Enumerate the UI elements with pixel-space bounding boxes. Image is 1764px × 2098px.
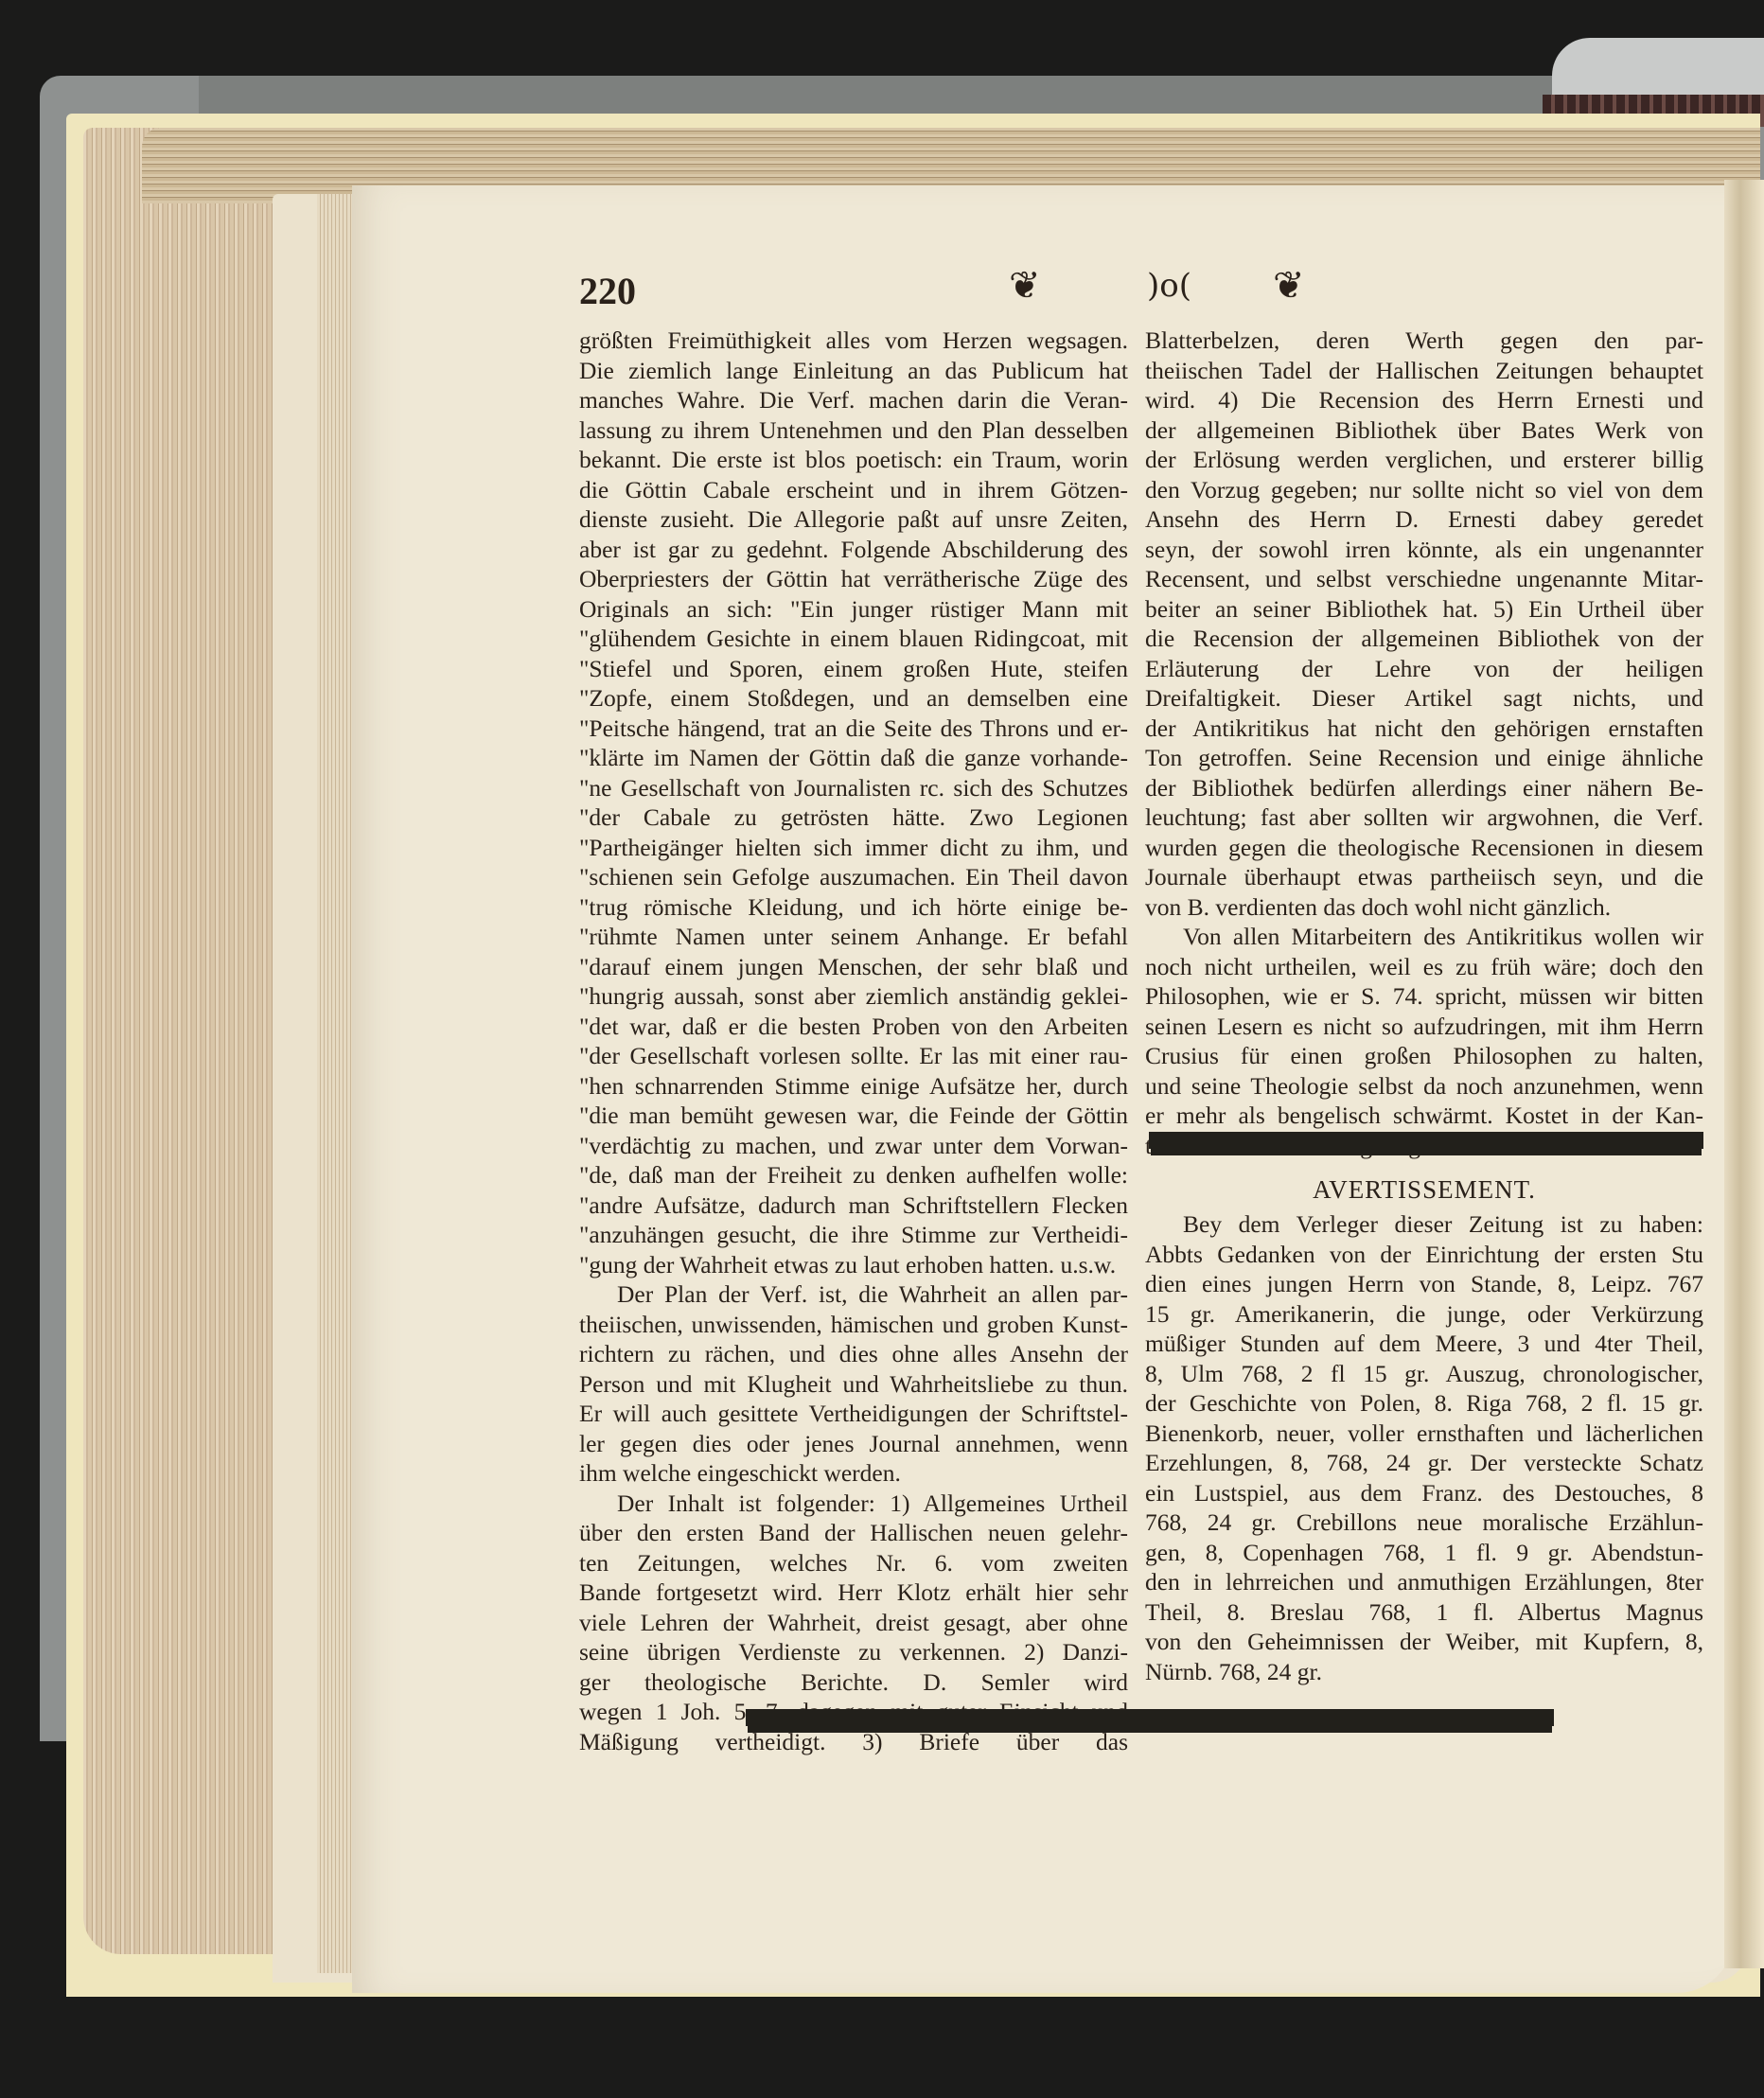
text-line: größten Freimüthigkeit alles vom Herzen … (579, 326, 1128, 356)
advertisement-title: AVERTISSEMENT. (1145, 1175, 1703, 1205)
text-line: der Geschichte von Polen, 8. Riga 768, 2… (1145, 1388, 1703, 1419)
text-line: von den Geheimnissen der Weiber, mit Kup… (1145, 1627, 1703, 1657)
text-line: Ton getroffen. Seine Recension und einig… (1145, 743, 1703, 773)
text-line: "anzuhängen gesucht, die ihre Stimme zur… (579, 1220, 1128, 1250)
text-line: seyn, der sowohl irren könnte, als ein u… (1145, 535, 1703, 565)
text-line: der Antikritikus hat nicht den gehörigen… (1145, 714, 1703, 744)
text-line: den Vorzug gegeben; nur sollte nicht so … (1145, 475, 1703, 505)
text-line: Der Plan der Verf. ist, die Wahrheit an … (579, 1279, 1128, 1310)
text-line: Von allen Mitarbeitern des Antikritikus … (1145, 922, 1703, 952)
text-line: aber ist gar zu gedehnt. Folgende Abschi… (579, 535, 1128, 565)
text-line: Erzehlungen, 8, 768, 24 gr. Der versteck… (1145, 1448, 1703, 1478)
text-line: "trug römische Kleidung, und ich hörte e… (579, 892, 1128, 923)
text-line: Originals an sich: "Ein junger rüstiger … (579, 594, 1128, 625)
text-line: Journale überhaupt etwas partheiisch sey… (1145, 862, 1703, 892)
text-line: "der Cabale zu getrösten hätte. Zwo Legi… (579, 802, 1128, 833)
text-line: Die ziemlich lange Einleitung an das Pub… (579, 356, 1128, 386)
text-line: Person und mit Klugheit und Wahrheitslie… (579, 1369, 1128, 1400)
text-line: wird. 4) Die Recension des Herrn Ernesti… (1145, 385, 1703, 415)
text-line: "ne Gesellschaft von Journalisten rc. si… (579, 773, 1128, 803)
text-line: "andre Aufsätze, dadurch man Schriftstel… (579, 1190, 1128, 1221)
text-line: 768, 24 gr. Crebillons neue moralische E… (1145, 1507, 1703, 1538)
text-line: bekannt. Die erste ist blos poetisch: ei… (579, 445, 1128, 475)
text-line: Abbts Gedanken von der Einrichtung der e… (1145, 1240, 1703, 1270)
text-line: Der Inhalt ist folgender: 1) Allgemeines… (579, 1489, 1128, 1519)
text-line: viele Lehren der Wahrheit, dreist gesagt… (579, 1608, 1128, 1638)
left-column: größten Freimüthigkeit alles vom Herzen … (579, 326, 1128, 1756)
text-line: theiischen Tadel der Hallischen Zeitunge… (1145, 356, 1703, 386)
text-line: Theil, 8. Breslau 768, 1 fl. Albertus Ma… (1145, 1597, 1703, 1628)
text-line: wurden gegen die theologische Recensione… (1145, 833, 1703, 863)
text-line: ein Lustspiel, aus dem Franz. des Destou… (1145, 1478, 1703, 1508)
section-divider-rule (1149, 1132, 1703, 1149)
text-line: "schienen sein Gefolge auszumachen. Ein … (579, 862, 1128, 892)
text-line: "det war, daß er die besten Proben von d… (579, 1012, 1128, 1042)
book-gutter (1724, 180, 1764, 1968)
text-line: gen, 8, Copenhagen 768, 1 fl. 9 gr. Aben… (1145, 1538, 1703, 1568)
text-line: Ansehn des Herrn D. Ernesti dabey gerede… (1145, 504, 1703, 535)
text-line: "Stiefel und Sporen, einem großen Hute, … (579, 654, 1128, 684)
text-line: 8, Ulm 768, 2 fl 15 gr. Auszug, chronolo… (1145, 1359, 1703, 1389)
text-line: Er will auch gesittete Vertheidigungen d… (579, 1399, 1128, 1429)
text-line: "der Gesellschaft vorlesen sollte. Er la… (579, 1041, 1128, 1071)
text-line: noch nicht urtheilen, weil es zu früh wä… (1145, 952, 1703, 982)
text-line: Bande fortgesetzt wird. Herr Klotz erhäl… (579, 1578, 1128, 1608)
text-line: Dreifaltigkeit. Dieser Artikel sagt nich… (1145, 683, 1703, 714)
text-line: müßiger Stunden auf dem Meere, 3 und 4te… (1145, 1329, 1703, 1359)
text-line: Blatterbelzen, deren Werth gegen den par… (1145, 326, 1703, 356)
text-line: "hungrig aussah, sonst aber ziemlich ans… (579, 981, 1128, 1012)
shell-ornament-icon: ❦ (1009, 267, 1041, 305)
text-line: Bienenkorb, neuer, voller ernsthaften un… (1145, 1419, 1703, 1449)
text-line: Nürnb. 768, 24 gr. (1145, 1657, 1703, 1687)
text-line: der allgemeinen Bibliothek über Bates We… (1145, 415, 1703, 446)
text-line: beiter an seiner Bibliothek hat. 5) Ein … (1145, 594, 1703, 625)
text-line: "de, daß man der Freiheit zu denken aufh… (579, 1160, 1128, 1190)
text-line: über den ersten Band der Hallischen neue… (579, 1518, 1128, 1548)
text-line: "verdächtig zu machen, und zwar unter de… (579, 1131, 1128, 1161)
bracket-ornament-icon: )o( (1147, 267, 1191, 305)
text-line: "Partheigänger hielten sich immer dicht … (579, 833, 1128, 863)
text-line: dien eines jungen Herrn von Stande, 8, L… (1145, 1269, 1703, 1299)
advertisement-body: Bey dem Verleger dieser Zeitung ist zu h… (1145, 1209, 1703, 1686)
text-line: "die man bemüht gewesen war, die Feinde … (579, 1101, 1128, 1131)
text-line: ihm welche eingeschickt werden. (579, 1458, 1128, 1489)
text-line: "gung der Wahrheit etwas zu laut erhoben… (579, 1250, 1128, 1280)
text-line: leuchtung; fast aber sollten wir argwohn… (1145, 802, 1703, 833)
right-column: Blatterbelzen, deren Werth gegen den par… (1145, 326, 1703, 1160)
text-line: "klärte im Namen der Göttin daß die ganz… (579, 743, 1128, 773)
shell-ornament-icon: ❦ (1273, 267, 1305, 305)
page-number: 220 (579, 269, 636, 313)
underlying-page-edges (317, 194, 355, 1973)
text-line: "Peitsche hängend, trat an die Seite des… (579, 714, 1128, 744)
text-line: ger theologische Berichte. D. Semler wir… (579, 1667, 1128, 1698)
text-line: die Göttin Cabale erscheint und in ihrem… (579, 475, 1128, 505)
page-end-rule (746, 1709, 1554, 1726)
text-line: der Erlösung werden verglichen, und erst… (1145, 445, 1703, 475)
text-line: seine übrigen Verdienste zu verkennen. 2… (579, 1637, 1128, 1667)
text-line: Crusius für einen großen Philosophen zu … (1145, 1041, 1703, 1071)
text-line: seinen Lesern es nicht so aufzudringen, … (1145, 1012, 1703, 1042)
text-line: "rühmte Namen unter seinem Anhange. Er b… (579, 922, 1128, 952)
text-line: die Recension der allgemeinen Bibliothek… (1145, 624, 1703, 654)
text-line: von B. verdienten das doch wohl nicht gä… (1145, 892, 1703, 923)
text-line: und seine Theologie selbst da noch anzun… (1145, 1071, 1703, 1102)
text-line: 15 gr. Amerikanerin, die junge, oder Ver… (1145, 1299, 1703, 1330)
text-line: Bey dem Verleger dieser Zeitung ist zu h… (1145, 1209, 1703, 1240)
text-line: lassung zu ihrem Untenehmen und den Plan… (579, 415, 1128, 446)
text-line: Recensent, und selbst verschiedne ungena… (1145, 564, 1703, 594)
text-line: der Bibliothek bedürfen allerdings einer… (1145, 773, 1703, 803)
text-line: ten Zeitungen, welches Nr. 6. vom zweite… (579, 1548, 1128, 1578)
text-line: Mäßigung vertheidigt. 3) Briefe über das (579, 1727, 1128, 1757)
text-line: "hen schnarrenden Stimme einige Aufsätze… (579, 1071, 1128, 1102)
text-line: Oberpriesters der Göttin hat verrätheris… (579, 564, 1128, 594)
text-line: manches Wahre. Die Verf. machen darin di… (579, 385, 1128, 415)
text-line: "darauf einem jungen Menschen, der sehr … (579, 952, 1128, 982)
text-line: "glühendem Gesichte in einem blauen Ridi… (579, 624, 1128, 654)
text-line: Philosophen, wie er S. 74. spricht, müss… (1145, 981, 1703, 1012)
text-line: "Zopfe, einem Stoßdegen, und an demselbe… (579, 683, 1128, 714)
text-line: dienste zusieht. Die Allegorie paßt auf … (579, 504, 1128, 535)
text-line: er mehr als bengelisch schwärmt. Kostet … (1145, 1101, 1703, 1131)
text-line: den in lehrreichen und anmuthigen Erzähl… (1145, 1567, 1703, 1597)
text-line: theiischen, unwissenden, hämischen und g… (579, 1310, 1128, 1340)
text-line: richtern zu rächen, und dies ohne alles … (579, 1339, 1128, 1369)
text-line: Erläuterung der Lehre von der heiligen (1145, 654, 1703, 684)
text-line: ler gegen dies oder jenes Journal annehm… (579, 1429, 1128, 1459)
